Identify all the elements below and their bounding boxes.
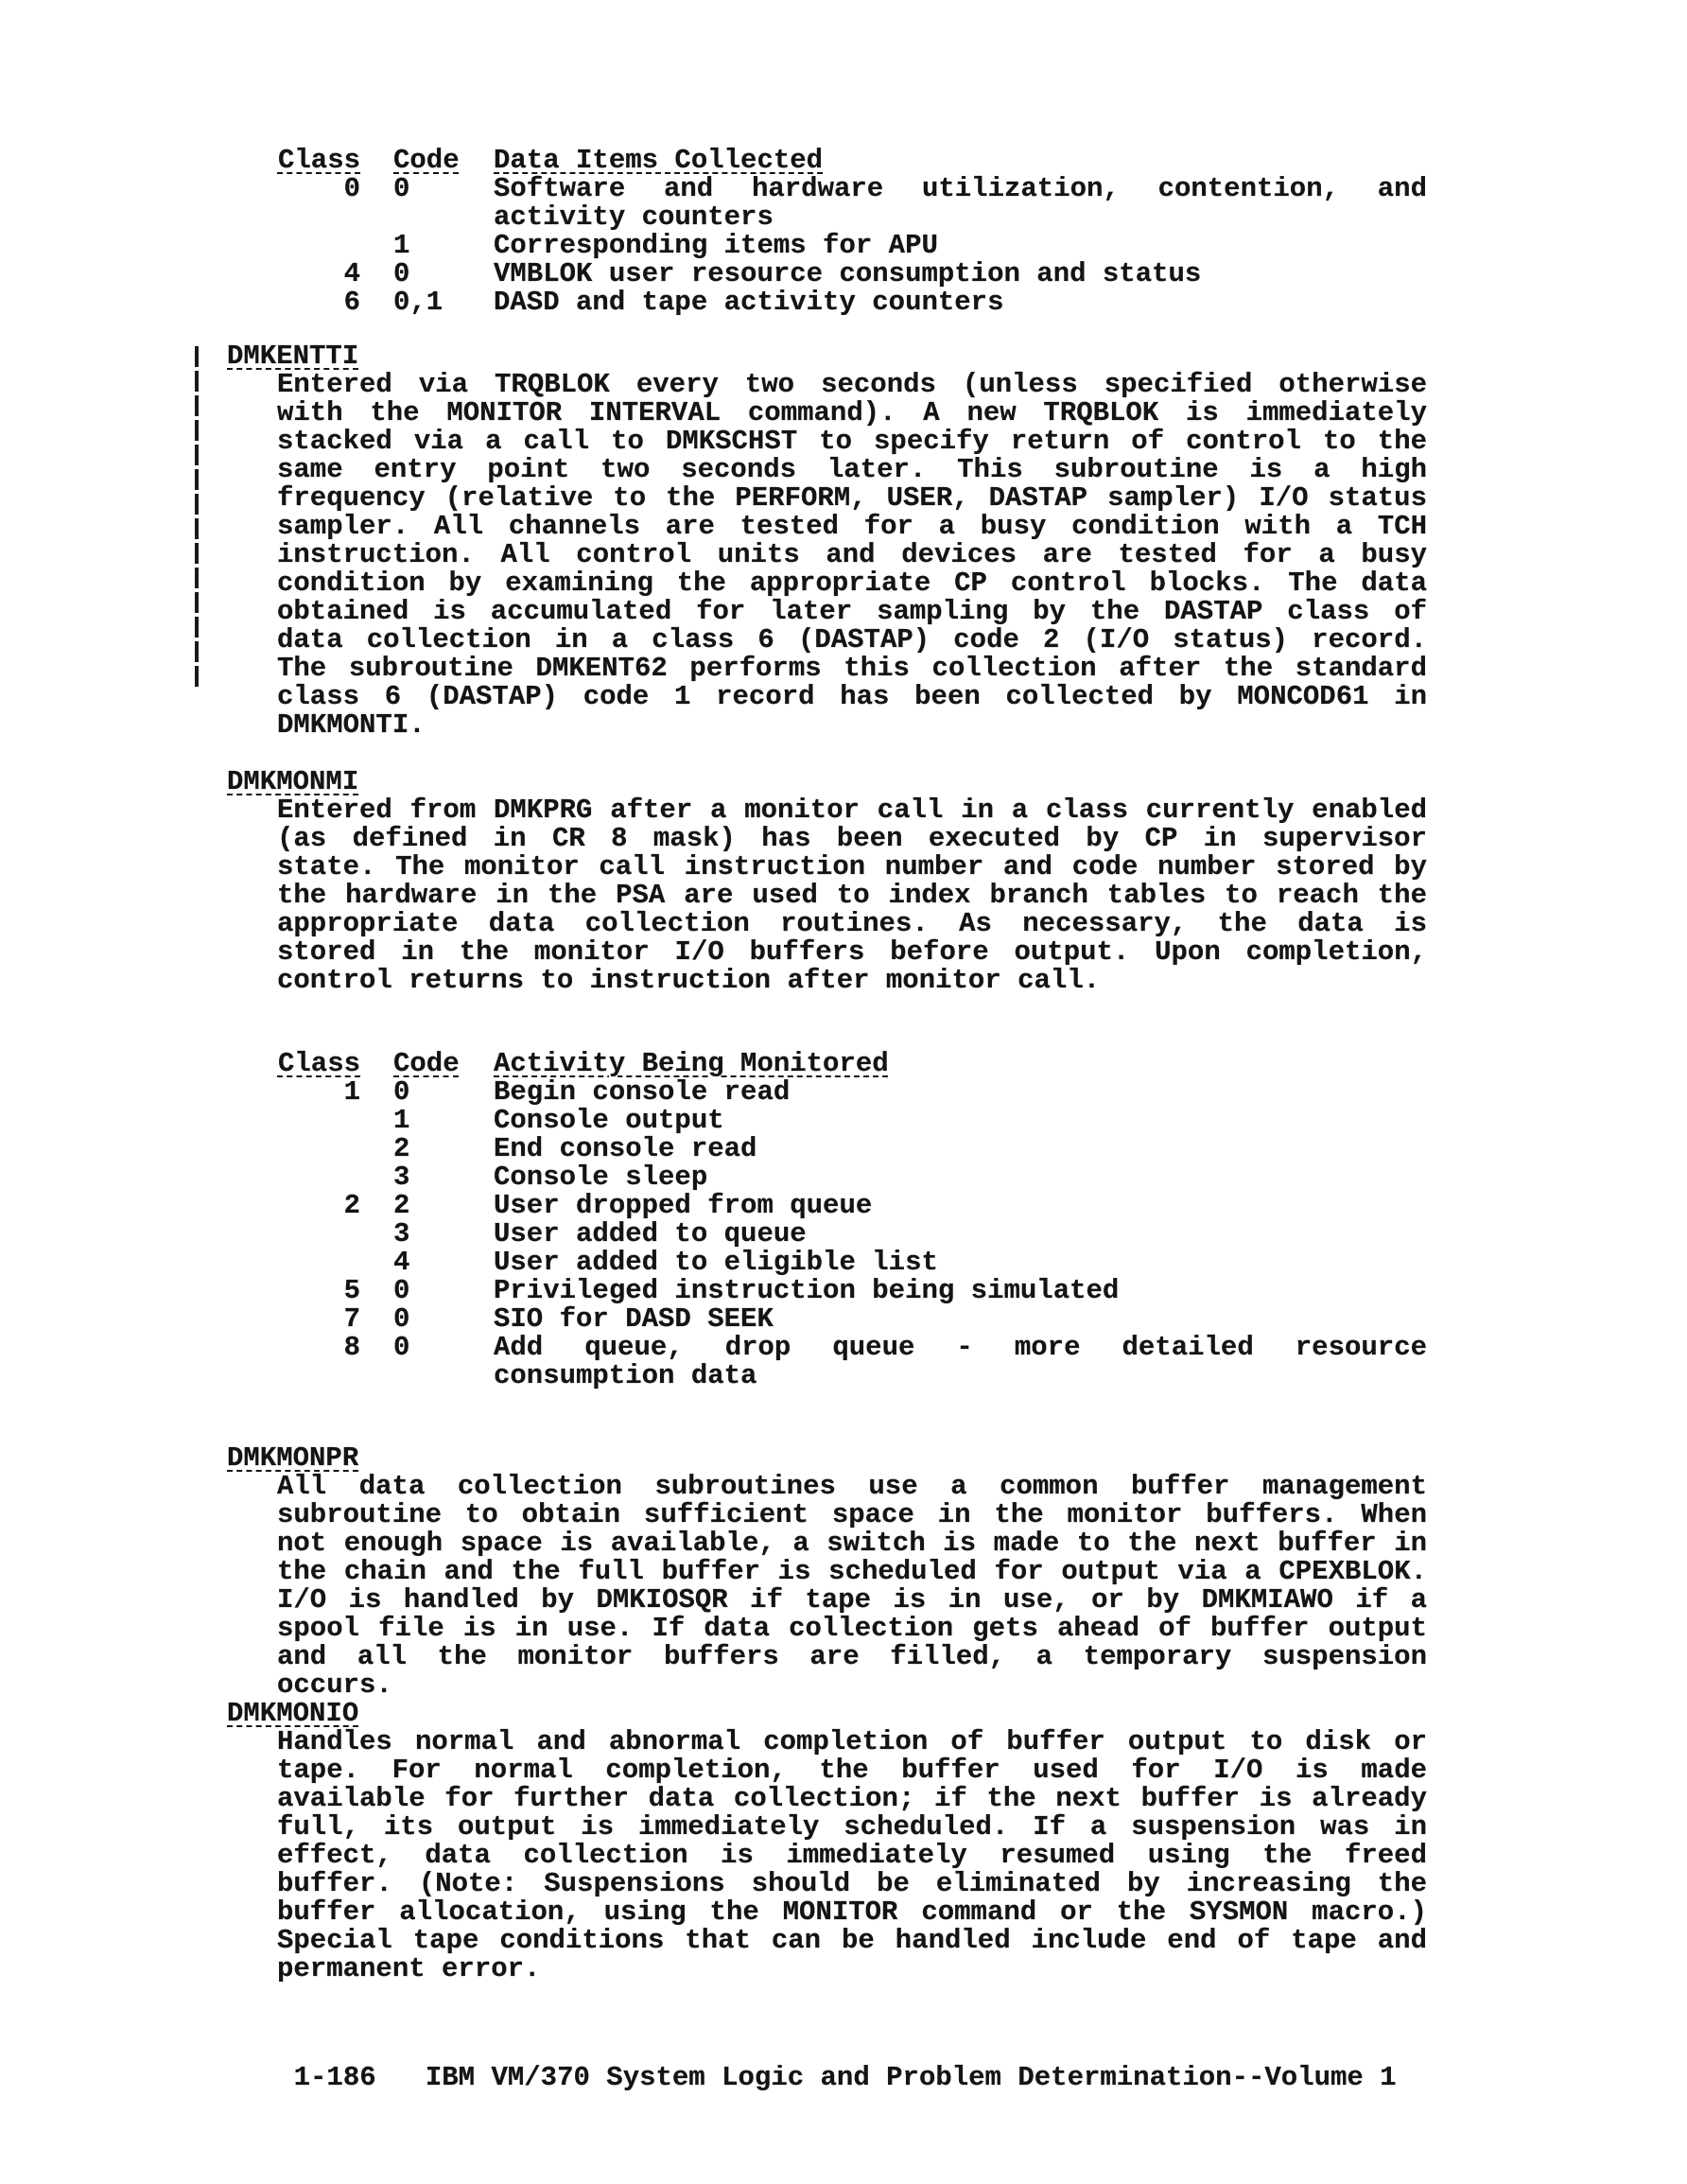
- table2-row-class: 8: [277, 1334, 360, 1362]
- paragraph-line: condition by examining the appropriate C…: [277, 569, 1427, 598]
- table2-row-class: 5: [277, 1277, 360, 1305]
- table1-row-text: Corresponding items for APU: [494, 232, 1427, 260]
- paragraph-line: available for further data collection; i…: [277, 1785, 1427, 1813]
- paragraph-line: state. The monitor call instruction numb…: [277, 853, 1427, 882]
- paragraph-line: control returns to instruction after mon…: [277, 967, 1427, 995]
- table1-row-code: 0: [393, 175, 409, 203]
- table1-row-code: 0,1: [393, 288, 443, 317]
- table1-row-text: Software and hardware utilization, conte…: [494, 175, 1427, 203]
- paragraph-line: full, its output is immediately schedule…: [277, 1813, 1427, 1842]
- paragraph-line: stored in the monitor I/O buffers before…: [277, 938, 1427, 967]
- section-title: DMKMONIO: [227, 1700, 358, 1728]
- paragraph-line: the hardware in the PSA are used to inde…: [277, 882, 1427, 910]
- table1-row-code: 1: [393, 232, 409, 260]
- paragraph-line: obtained is accumulated for later sampli…: [277, 598, 1427, 626]
- page-footer: 1-186 IBM VM/370 System Logic and Proble…: [228, 2035, 1397, 2064]
- paragraph-line: permanent error.: [277, 1955, 1427, 1983]
- table2-row-code: 2: [393, 1135, 409, 1163]
- paragraph-line: I/O is handled by DMKIOSQR if tape is in…: [277, 1586, 1427, 1615]
- paragraph-line: subroutine to obtain sufficient space in…: [277, 1501, 1427, 1529]
- table2-row-text: Begin console read: [494, 1078, 1427, 1107]
- paragraph-line: same entry point two seconds later. This…: [277, 456, 1427, 484]
- table2-row-code: 3: [393, 1163, 409, 1192]
- paragraph-line: All data collection subroutines use a co…: [277, 1473, 1427, 1501]
- table2-row-text: consumption data: [494, 1362, 1427, 1390]
- publication-title: IBM VM/370 System Logic and Problem Dete…: [426, 2062, 1397, 2093]
- paragraph-line: and all the monitor buffers are filled, …: [277, 1643, 1427, 1671]
- table2-row-code: 0: [393, 1305, 409, 1334]
- paragraph-line: Entered via TRQBLOK every two seconds (u…: [277, 371, 1427, 399]
- table2-row-text: User dropped from queue: [494, 1192, 1427, 1220]
- table2-header-class: Class: [277, 1050, 360, 1078]
- paragraph-line: buffer allocation, using the MONITOR com…: [277, 1898, 1427, 1927]
- table2-row-code: 0: [393, 1334, 409, 1362]
- revision-bar: [195, 342, 199, 740]
- table2-row-code: 0: [393, 1078, 409, 1107]
- table1-row-class: 0: [277, 175, 360, 203]
- paragraph-line: effect, data collection is immediately r…: [277, 1842, 1427, 1870]
- table2-row-text: Console output: [494, 1107, 1427, 1135]
- table2-row-code: 0: [393, 1277, 409, 1305]
- table1-row-class: 6: [277, 288, 360, 317]
- table2-row-class: 1: [277, 1078, 360, 1107]
- paragraph-line: the chain and the full buffer is schedul…: [277, 1558, 1427, 1586]
- paragraph-line: tape. For normal completion, the buffer …: [277, 1756, 1427, 1785]
- paragraph-line: sampler. All channels are tested for a b…: [277, 513, 1427, 541]
- paragraph-line: occurs.: [277, 1671, 1427, 1700]
- table1-row-class: 4: [277, 260, 360, 288]
- paragraph-line: (as defined in CR 8 mask) has been execu…: [277, 825, 1427, 853]
- table2-row-text: End console read: [494, 1135, 1427, 1163]
- table2-row-code: 2: [393, 1192, 409, 1220]
- paragraph-line: The subroutine DMKENT62 performs this co…: [277, 655, 1427, 683]
- paragraph-line: spool file is in use. If data collection…: [277, 1615, 1427, 1643]
- paragraph-line: stacked via a call to DMKSCHST to specif…: [277, 428, 1427, 456]
- table1-row-text: DASD and tape activity counters: [494, 288, 1427, 317]
- table1-row-text: activity counters: [494, 203, 1427, 232]
- table1-header-data: Data Items Collected: [494, 147, 1427, 175]
- table2-row-text: SIO for DASD SEEK: [494, 1305, 1427, 1334]
- paragraph-line: buffer. (Note: Suspensions should be eli…: [277, 1870, 1427, 1898]
- table2-row-code: 4: [393, 1249, 409, 1277]
- paragraph-line: Special tape conditions that can be hand…: [277, 1927, 1427, 1955]
- section-title: DMKENTTI: [227, 342, 358, 371]
- table2-row-text: Console sleep: [494, 1163, 1427, 1192]
- paragraph-line: instruction. All control units and devic…: [277, 541, 1427, 569]
- section-title: DMKMONMI: [227, 768, 358, 796]
- paragraph-line: Handles normal and abnormal completion o…: [277, 1728, 1427, 1756]
- section-title: DMKMONPR: [227, 1444, 358, 1473]
- table1-row-text: VMBLOK user resource consumption and sta…: [494, 260, 1427, 288]
- table1-header-class: Class: [277, 147, 360, 175]
- paragraph-line: with the MONITOR INTERVAL command). A ne…: [277, 399, 1427, 428]
- paragraph-line: data collection in a class 6 (DASTAP) co…: [277, 626, 1427, 655]
- document-page: Class Code Data Items Collected 0 0 Soft…: [0, 0, 1687, 2184]
- table2-row-class: 7: [277, 1305, 360, 1334]
- table2-row-class: 2: [277, 1192, 360, 1220]
- paragraph-line: not enough space is available, a switch …: [277, 1529, 1427, 1558]
- table1-row-code: 0: [393, 260, 409, 288]
- paragraph-line: class 6 (DASTAP) code 1 record has been …: [277, 683, 1427, 711]
- paragraph-line: Entered from DMKPRG after a monitor call…: [277, 796, 1427, 825]
- table2-row-text: Privileged instruction being simulated: [494, 1277, 1427, 1305]
- table2-row-code: 1: [393, 1107, 409, 1135]
- paragraph-line: appropriate data collection routines. As…: [277, 910, 1427, 938]
- paragraph-line: DMKMONTI.: [277, 711, 1427, 740]
- table1-header-code: Code: [393, 147, 460, 175]
- table2-row-code: 3: [393, 1220, 409, 1249]
- table2-row-text: User added to eligible list: [494, 1249, 1427, 1277]
- table2-header-code: Code: [393, 1050, 460, 1078]
- table2-row-text: User added to queue: [494, 1220, 1427, 1249]
- table2-header-data: Activity Being Monitored: [494, 1050, 1427, 1078]
- table2-row-text: Add queue, drop queue - more detailed re…: [494, 1334, 1427, 1362]
- page-number: 1-186: [294, 2062, 376, 2093]
- paragraph-line: frequency (relative to the PERFORM, USER…: [277, 484, 1427, 513]
